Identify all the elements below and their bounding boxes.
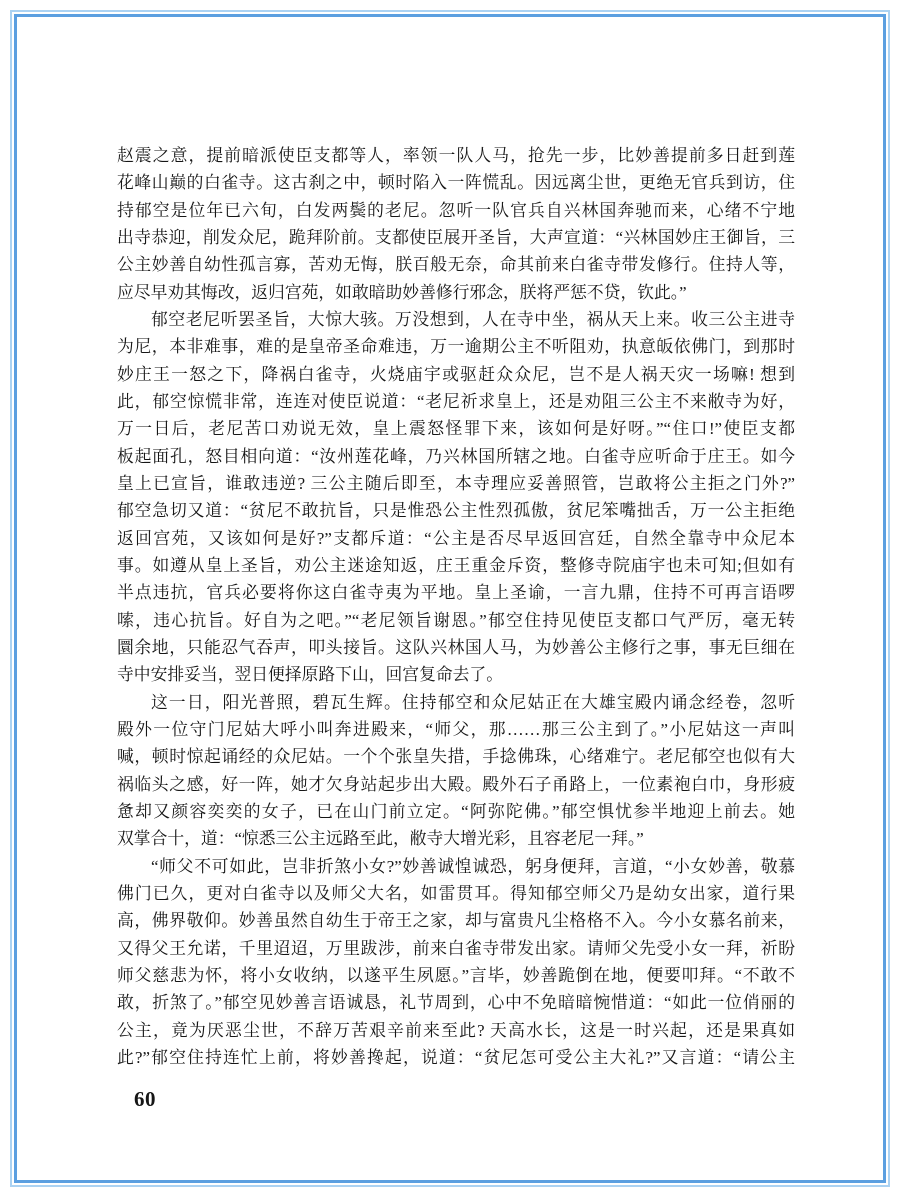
- text-line: 事。如遵从皇上圣旨，劝公主迷途知返，庄王重金斥资，整修寺院庙宇也未可知;但如有: [117, 552, 795, 579]
- book-page: 赵震之意，提前暗派使臣支都等人，率领一队人马，抢先一步，比妙善提前多日赶到莲花峰…: [0, 0, 900, 1197]
- text-line: 此，郁空惊慌非常，连连对使臣说道：“老尼祈求皇上，还是劝阻三公主不来敝寺为好，: [117, 388, 795, 415]
- text-line: 双掌合十，道：“惊悉三公主远路至此，敝寺大增光彩，且容老尼一拜。”: [117, 825, 795, 852]
- body-text: 赵震之意，提前暗派使臣支都等人，率领一队人马，抢先一步，比妙善提前多日赶到莲花峰…: [117, 142, 795, 1071]
- text-line: 出寺恭迎，削发众尼，跪拜阶前。支都使臣展开圣旨，大声宣道：“兴林国妙庄王御旨，三: [117, 224, 795, 251]
- text-line: 此?”郁空住持连忙上前，将妙善搀起，说道：“贫尼怎可受公主大礼?”又言道：“请公…: [117, 1044, 795, 1071]
- text-line: 嗦，违心抗旨。好自为之吧。”“老尼领旨谢恩。”郁空住持见使臣支都口气严厉，毫无转: [117, 607, 795, 634]
- text-line: 花峰山巅的白雀寺。这古刹之中，顿时陷入一阵慌乱。因远离尘世，更绝无官兵到访，住: [117, 169, 795, 196]
- text-line: 佛门已久，更对白雀寺以及师父大名，如雷贯耳。得知郁空师父乃是幼女出家，道行果: [117, 880, 795, 907]
- page-number: 60: [134, 1087, 156, 1112]
- text-line: 喊，顿时惊起诵经的众尼姑。一个个张皇失措，手捻佛珠，心绪难宁。老尼郁空也似有大: [117, 743, 795, 770]
- text-line: 公主妙善自幼性孤言寡，苦劝无悔，朕百般无奈，命其前来白雀寺带发修行。住持人等，: [117, 251, 795, 278]
- text-line: 持郁空是位年已六旬，白发两鬓的老尼。忽听一队官兵自兴林国奔驰而来，心绪不宁地: [117, 197, 795, 224]
- text-line: 祸临头之感，好一阵，她才欠身站起步出大殿。殿外石子甬路上，一位素袍白巾，身形疲: [117, 771, 795, 798]
- text-line: 高，佛界敬仰。妙善虽然自幼生于帝王之家，却与富贵凡尘格格不入。今小女慕名前来，: [117, 907, 795, 934]
- text-line: 郁空急切又道：“贫尼不敢抗旨，只是惟恐公主性烈孤傲，贫尼笨嘴拙舌，万一公主拒绝: [117, 497, 795, 524]
- text-line: 万一日后，老尼苦口劝说无效，皇上震怒怪罪下来，该如何是好呀。”“住口!”使臣支都: [117, 415, 795, 442]
- text-line: 敢，折煞了。”郁空见妙善言语诚恳，礼节周到，心中不免暗暗惋惜道：“如此一位俏丽的: [117, 989, 795, 1016]
- text-line: 板起面孔，怒目相向道：“汝州莲花峰，乃兴林国所辖之地。白雀寺应听命于庄王。如今: [117, 443, 795, 470]
- text-line: 妙庄王一怒之下，降祸白雀寺，火烧庙宇或驱赶众众尼，岂不是人祸天灾一场嘛! 想到: [117, 361, 795, 388]
- text-line: 半点违抗，官兵必要将你这白雀寺夷为平地。皇上圣谕，一言九鼎，住持不可再言语啰: [117, 579, 795, 606]
- text-line: 返回宫苑，又该如何是好?”支都斥道：“公主是否尽早返回宫廷，自然全靠寺中众尼本: [117, 525, 795, 552]
- text-line: 惫却又颜容奕奕的女子，已在山门前立定。“阿弥陀佛。”郁空惧忧参半地迎上前去。她: [117, 798, 795, 825]
- text-line: 殿外一位守门尼姑大呼小叫奔进殿来，“师父，那……那三公主到了。”小尼姑这一声叫: [117, 716, 795, 743]
- text-line: 公主，竟为厌恶尘世，不辞万苦艰辛前来至此? 天高水长，这是一时兴起，还是果真如: [117, 1017, 795, 1044]
- text-line: 寺中安排妥当，翌日便择原路下山，回宫复命去了。: [117, 661, 795, 688]
- text-line: 郁空老尼听罢圣旨，大惊大骇。万没想到，人在寺中坐，祸从天上来。收三公主进寺: [117, 306, 795, 333]
- text-line: 师父慈悲为怀，将小女收纳，以遂平生夙愿。”言毕，妙善跪倒在地，便要叩拜。“不敢不: [117, 962, 795, 989]
- text-line: “师父不可如此，岂非折煞小女?”妙善诚惶诚恐，躬身便拜，言道，“小女妙善，敬慕: [117, 853, 795, 880]
- text-line: 应尽早劝其悔改，返归宫苑，如敢暗助妙善修行邪念，朕将严惩不贷，钦此。”: [117, 279, 795, 306]
- text-line: 圜余地，只能忍气吞声，叩头接旨。这队兴林国人马，为妙善公主修行之事，事无巨细在: [117, 634, 795, 661]
- text-line: 为尼，本非难事，难的是皇帝圣命难违，万一逾期公主不听阻劝，执意皈依佛门，到那时: [117, 333, 795, 360]
- text-line: 赵震之意，提前暗派使臣支都等人，率领一队人马，抢先一步，比妙善提前多日赶到莲: [117, 142, 795, 169]
- text-line: 皇上已宣旨，谁敢违逆? 三公主随后即至，本寺理应妥善照管，岂敢将公主拒之门外?”: [117, 470, 795, 497]
- text-line: 又得父王允诺，千里迢迢，万里跋涉，前来白雀寺带发出家。请师父先受小女一拜，祈盼: [117, 935, 795, 962]
- text-line: 这一日，阳光普照，碧瓦生辉。住持郁空和众尼姑正在大雄宝殿内诵念经卷，忽听: [117, 689, 795, 716]
